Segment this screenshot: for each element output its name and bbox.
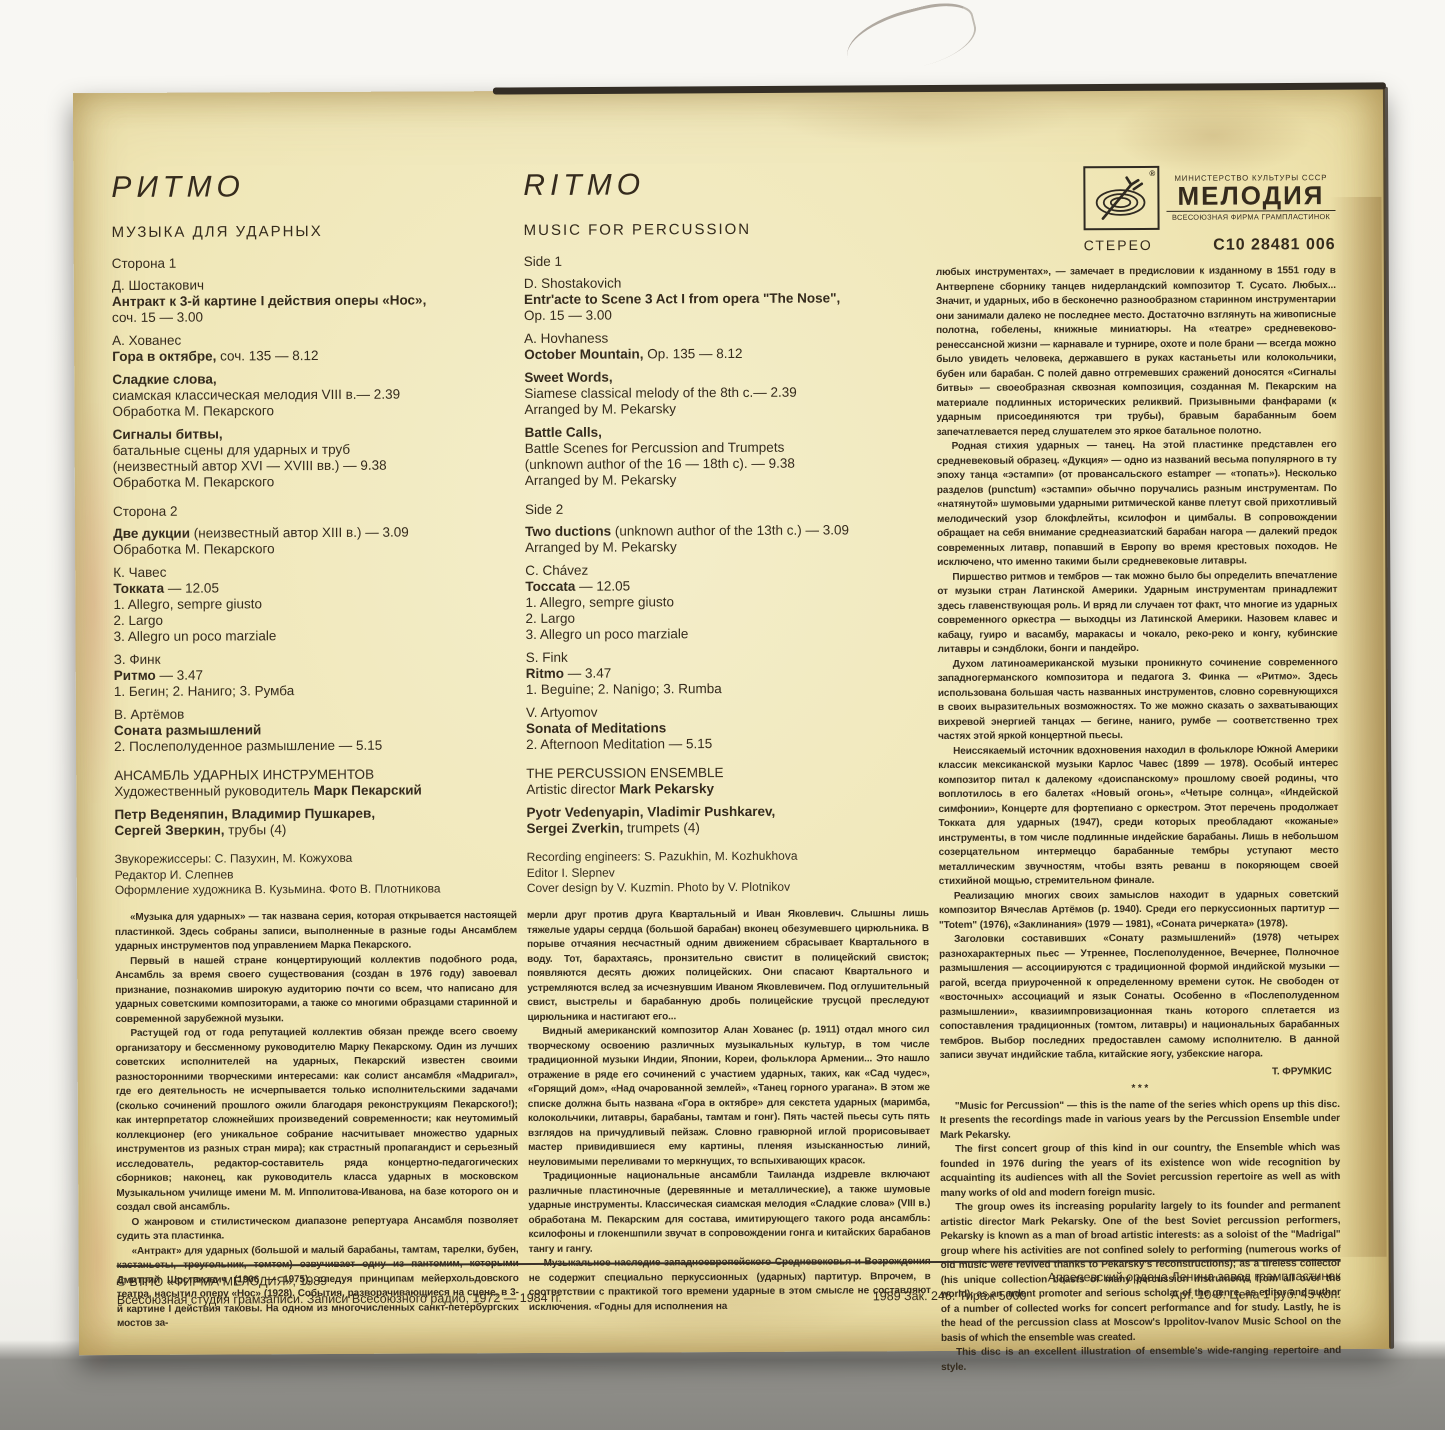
movement-line: 1. Allegro, sempre giusto <box>113 595 515 613</box>
catalog-number: C10 28481 006 <box>1213 236 1336 255</box>
footer-right: Апрелевский ордена Ленина завод грамплас… <box>873 1267 1341 1305</box>
composer-line: В. Артёмов <box>114 705 516 723</box>
track-detail-line: Обработка М. Пекарского <box>113 473 515 491</box>
movement-line: 1. Allegro, sempre giusto <box>525 593 927 611</box>
track-title-line: Гора в октябре, соч. 135 — 8.12 <box>112 347 514 365</box>
melodiya-logo-text: МИНИСТЕРСТВО КУЛЬТУРЫ СССР МЕЛОДИЯ ВСЕСО… <box>1166 165 1335 230</box>
track-title-line: Токката — 12.05 <box>113 579 515 597</box>
composer-line: S. Fink <box>526 648 928 666</box>
melodiya-label-block: ® МИНИСТЕРСТВО КУЛЬТУРЫ СССР МЕЛОДИЯ ВСЕ… <box>1083 165 1335 255</box>
movement-line: 1. Бегин; 2. Наниго; 3. Румба <box>114 682 516 700</box>
track-title-line: October Mountain, Op. 135 — 8.12 <box>524 345 926 363</box>
track-title-line: Two ductions (unknown author of the 13th… <box>525 522 927 540</box>
track-detail-line: сиамская классическая мелодия VIII в.— 2… <box>112 386 514 404</box>
track-detail-line: Arranged by M. Pekarsky <box>525 471 927 489</box>
order-price-row: 1989 Зак. 246. Тираж 5000 Арт. 10-9. Цен… <box>873 1285 1341 1305</box>
stereo-catalog-row: СТЕРЕО C10 28481 006 <box>1084 236 1336 255</box>
track-title-line: Сигналы битвы, <box>113 425 515 443</box>
track-detail-line: Arranged by M. Pekarsky <box>524 400 926 418</box>
side2-label-en: Side 2 <box>525 500 927 517</box>
paragraph: "Music for Percussion" — this is the nam… <box>940 1098 1340 1143</box>
paragraph: Первый в нашей стране концертирующий кол… <box>115 953 517 1027</box>
paper-stain <box>78 1143 119 1373</box>
column-english: RITMO MUSIC FOR PERCUSSION Side 1 D. Sho… <box>523 167 931 1377</box>
artistic-director-line: Художественный руководитель Марк Пекарск… <box>114 782 516 800</box>
paragraph: This disc is an excellent illustration o… <box>941 1344 1341 1375</box>
sleeve-content: РИТМО МУЗЫКА ДЛЯ УДАРНЫХ Сторона 1 Д. Шо… <box>111 165 1341 1379</box>
track-title-line: Ritmo — 3.47 <box>526 664 928 682</box>
composer-line: D. Shostakovich <box>524 274 926 292</box>
paper-stain <box>1113 95 1313 176</box>
brand-name: МЕЛОДИЯ <box>1166 182 1335 210</box>
paragraph: Растущей год от года репутацией коллекти… <box>115 1025 518 1215</box>
paragraph: Заголовки составивших «Сонату размышлени… <box>939 931 1340 1063</box>
footer-left: © ВТПО «ФИРМА МЕЛОДИЯ», 1989 Всесоюзная … <box>117 1271 562 1309</box>
footer: © ВТПО «ФИРМА МЕЛОДИЯ», 1989 Всесоюзная … <box>117 1267 1341 1309</box>
registered-trademark: ® <box>1149 169 1155 178</box>
backdrop-pencil-scribble <box>840 0 982 83</box>
movement-line: 3. Allegro un poco marziale <box>526 625 928 643</box>
trumpeters-line: Sergei Zverkin, trumpets (4) <box>526 819 928 837</box>
track-detail-line: батальные сцены для ударных и труб <box>113 441 515 459</box>
paragraph: Традиционные национальные ансамбли Таила… <box>528 1168 930 1257</box>
studio-line: Всесоюзная студия грамзаписи. Записи Все… <box>117 1289 562 1309</box>
track-title-line: Sonata of Meditations <box>526 719 928 737</box>
album-title-en: RITMO <box>523 167 925 203</box>
paragraph: Родная стихия ударных — танец. На этой п… <box>937 438 1338 570</box>
paragraph: любых инструментах», — замечает в предис… <box>936 264 1337 440</box>
column-right: ® МИНИСТЕРСТВО КУЛЬТУРЫ СССР МЕЛОДИЯ ВСЕ… <box>935 165 1341 1375</box>
track-title-line: Антракт к 3-й картине I действия оперы «… <box>112 292 514 310</box>
credits-ru: Звукорежиссеры: С. Пазухин, М. Кожухова … <box>115 850 517 898</box>
artistic-director-line: Artistic director Mark Pekarsky <box>526 780 928 798</box>
paragraph: Реализацию многих своих замыслов находит… <box>939 888 1339 933</box>
liner-notes-ru-part2: мерли друг против друга Квартальный и Ив… <box>527 907 931 1315</box>
movement-line: 2. Afternoon Meditation — 5.15 <box>526 735 928 753</box>
tracklist-en: RITMO MUSIC FOR PERCUSSION Side 1 D. Sho… <box>523 167 929 909</box>
ensemble-name-ru: АНСАМБЛЬ УДАРНЫХ ИНСТРУМЕНТОВ <box>114 766 516 784</box>
composer-line: К. Чавес <box>113 563 515 581</box>
record-sleeve-back: РИТМО МУЗЫКА ДЛЯ УДАРНЫХ Сторона 1 Д. Шо… <box>73 87 1391 1355</box>
composer-line: V. Artyomov <box>526 703 928 721</box>
composer-line: C. Chávez <box>525 561 927 579</box>
track-detail-line: Обработка М. Пекарского <box>112 402 514 420</box>
album-subtitle-ru: МУЗЫКА ДЛЯ УДАРНЫХ <box>112 222 514 241</box>
paragraph: О жанровом и стилистическом диапазоне ре… <box>116 1214 518 1245</box>
track-detail-line: соч. 15 — 3.00 <box>112 308 514 326</box>
liner-notes-ru-part3: любых инструментах», — замечает в предис… <box>936 264 1341 1375</box>
paper-stain <box>70 403 118 803</box>
trumpeters-line: Петр Веденяпин, Владимир Пушкарев, <box>114 805 516 823</box>
section-separator: * * * <box>940 1081 1340 1097</box>
movement-line: 3. Allegro un poco marziale <box>114 627 516 645</box>
copyright-line: © ВТПО «ФИРМА МЕЛОДИЯ», 1989 <box>117 1271 562 1291</box>
album-subtitle-en: MUSIC FOR PERCUSSION <box>524 220 926 239</box>
credits-en: Recording engineers: S. Pazukhin, M. Koz… <box>527 848 929 896</box>
tracklist-ru: РИТМО МУЗЫКА ДЛЯ УДАРНЫХ Сторона 1 Д. Шо… <box>111 169 517 911</box>
ensemble-name-en: THE PERCUSSION ENSEMBLE <box>526 764 928 782</box>
plant-line: Апрелевский ордена Ленина завод грамплас… <box>873 1267 1341 1287</box>
credit-line: Оформление художника В. Кузьмина. Фото В… <box>115 881 517 898</box>
melodiya-logo-box: ® МИНИСТЕРСТВО КУЛЬТУРЫ СССР МЕЛОДИЯ ВСЕ… <box>1083 165 1335 230</box>
track-title-line: Battle Calls, <box>525 423 927 441</box>
paragraph: Пиршество ритмов и тембров — так можно б… <box>937 569 1337 658</box>
paragraph: The first concert group of this kind in … <box>940 1141 1340 1201</box>
track-detail-line: Arranged by M. Pekarsky <box>525 538 927 556</box>
track-title-line: Сладкие слова, <box>112 370 514 388</box>
track-title-line: Sweet Words, <box>524 368 926 386</box>
liner-notes-ru-part1: «Музыка для ударных» — так названа серия… <box>115 909 519 1331</box>
paragraph: «Музыка для ударных» — так названа серия… <box>115 909 517 954</box>
firm-line: ВСЕСОЮЗНАЯ ФИРМА ГРАМПЛАСТИНОК <box>1167 212 1336 222</box>
track-title-line: Соната размышлений <box>114 721 516 739</box>
side2-label-ru: Сторона 2 <box>113 502 515 519</box>
track-detail-line: Обработка М. Пекарского <box>113 540 515 558</box>
order-line: 1989 Зак. 246. Тираж 5000 <box>873 1287 1027 1306</box>
track-detail-line: Op. 15 — 3.00 <box>524 306 926 324</box>
composer-line: З. Финк <box>114 650 516 668</box>
track-detail-line: Siamese classical melody of the 8th c.— … <box>524 384 926 402</box>
trumpeters-line: Pyotr Vedenyapin, Vladimir Pushkarev, <box>526 803 928 821</box>
track-title-line: Toccata — 12.05 <box>525 577 927 595</box>
paragraph: Духом латиноамериканской музыки проникну… <box>938 656 1338 745</box>
track-title-line: Entr'acte to Scene 3 Act I from opera "T… <box>524 290 926 308</box>
side1-label-ru: Сторона 1 <box>112 254 514 271</box>
side1-label-en: Side 1 <box>524 252 926 269</box>
trumpeters-line: Сергей Зверкин, трубы (4) <box>114 821 516 839</box>
paragraph: Видный американский композитор Алан Хова… <box>527 1023 930 1170</box>
movement-line: 2. Largo <box>525 609 927 627</box>
track-detail-line: (unknown author of the 16 — 18th c). — 9… <box>525 455 927 473</box>
composer-line: A. Hovhaness <box>524 329 926 347</box>
track-title-line: Две дукции (неизвестный автор XIII в.) —… <box>113 524 515 542</box>
composer-line: Д. Шостакович <box>112 276 514 294</box>
movement-line: 1. Beguine; 2. Nanigo; 3. Rumba <box>526 680 928 698</box>
track-detail-line: Battle Scenes for Percussion and Trumpet… <box>525 439 927 457</box>
credit-line: Cover design by V. Kuzmin. Photo by V. P… <box>527 879 929 896</box>
melodiya-logo-icon: ® <box>1083 166 1159 230</box>
paragraph: мерли друг против друга Квартальный и Ив… <box>527 907 930 1025</box>
paragraph: Неиссякаемый источник вдохновения находи… <box>938 743 1339 890</box>
stereo-marking: СТЕРЕО <box>1084 237 1153 253</box>
movement-line: 2. Largo <box>113 611 515 629</box>
composer-line: А. Хованес <box>112 331 514 349</box>
paper-stain <box>773 86 1073 147</box>
album-title-ru: РИТМО <box>111 169 513 205</box>
column-russian: РИТМО МУЗЫКА ДЛЯ УДАРНЫХ Сторона 1 Д. Шо… <box>111 169 519 1379</box>
author-signature: Т. ФРУМКИС <box>940 1065 1340 1081</box>
movement-line: 2. Послеполуденное размышление — 5.15 <box>114 737 516 755</box>
track-title-line: Ритмо — 3.47 <box>114 666 516 684</box>
track-detail-line: (неизвестный автор XVI — XVIII вв.) — 9.… <box>113 457 515 475</box>
price-line: Арт. 10-9. Цена 1 руб. 45 коп. <box>1171 1285 1341 1304</box>
